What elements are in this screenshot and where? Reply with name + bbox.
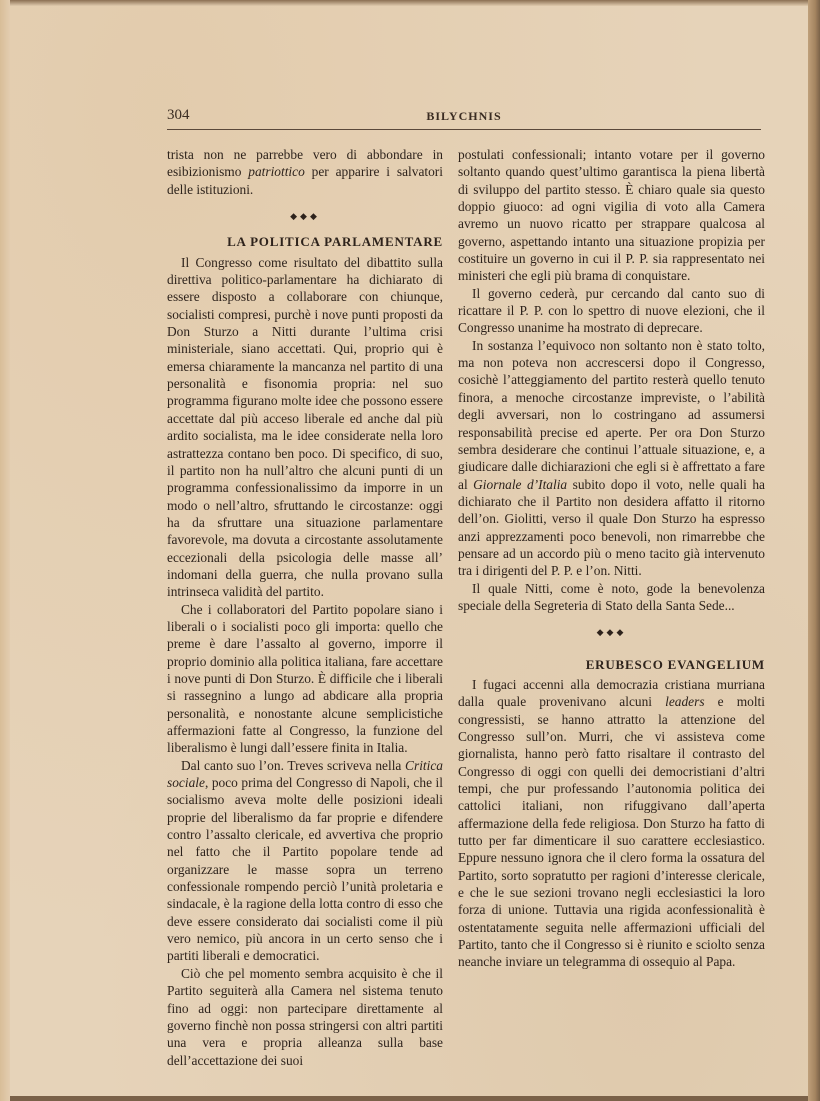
- paragraph: Dal canto suo l’on. Treves scriveva nell…: [167, 757, 443, 965]
- italic-term: leaders: [665, 694, 704, 709]
- paragraph: I fugaci accenni alla democrazia cristia…: [458, 676, 765, 971]
- section-heading-erubesco-evangelium: ERUBESCO EVANGELIUM: [458, 656, 765, 673]
- page-right-edge: [808, 0, 820, 1101]
- italic-term: patriottico: [248, 164, 305, 179]
- paragraph: Che i collaboratori del Partito popolare…: [167, 601, 443, 757]
- continued-paragraph: trista non ne parrebbe vero di abbondare…: [167, 146, 443, 198]
- left-column: trista non ne parrebbe vero di abbondare…: [167, 146, 443, 1069]
- paragraph: Il quale Nitti, come è noto, gode la ben…: [458, 580, 765, 615]
- page-top-edge: [0, 0, 808, 6]
- text-run: e molti congressisti, se hanno attratto …: [458, 694, 765, 969]
- text-run: In sostanza l’equivoco non soltanto non …: [458, 338, 765, 492]
- header-rule: [167, 129, 761, 130]
- paragraph: Il governo cederà, pur cercando dal cant…: [458, 285, 765, 337]
- section-ornament: ◆◆◆: [167, 208, 443, 225]
- text-run: Dal canto suo l’on. Treves scriveva nell…: [181, 758, 405, 773]
- journal-title: BILYCHNIS: [167, 109, 761, 124]
- running-header: 304 BILYCHNIS: [167, 107, 761, 127]
- scanned-page: 304 BILYCHNIS trista non ne parrebbe ver…: [0, 0, 811, 1096]
- right-column: postulati confessionali; intanto votare …: [458, 146, 765, 971]
- paragraph: In sostanza l’equivoco non soltanto non …: [458, 337, 765, 580]
- page-left-edge: [0, 0, 10, 1101]
- paragraph: Ciò che pel momento sembra acquisito è c…: [167, 965, 443, 1069]
- text-run: , poco prima del Congresso di Napoli, ch…: [167, 775, 443, 963]
- paragraph: Il Congresso come risultato del dibattit…: [167, 254, 443, 601]
- section-heading-politica-parlamentare: LA POLITICA PARLAMENTARE: [167, 233, 443, 250]
- italic-title: Giornale d’Italia: [473, 477, 567, 492]
- continued-paragraph: postulati confessionali; intanto votare …: [458, 146, 765, 285]
- section-ornament: ◆◆◆: [458, 624, 765, 641]
